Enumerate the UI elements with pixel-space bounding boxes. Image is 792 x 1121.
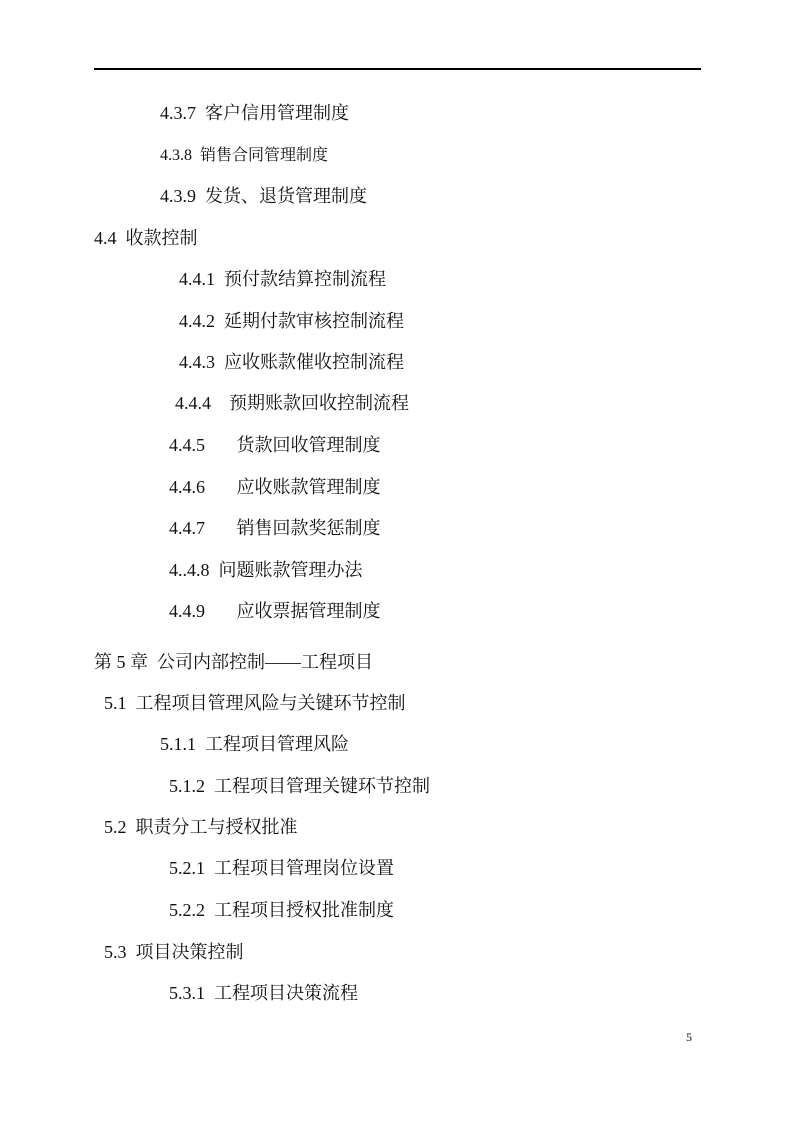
toc-entry-gap [117,228,126,248]
toc-entry-number: 5.3 [104,941,127,963]
toc-entry-title: 应收票据管理制度 [237,601,381,621]
toc-entry-number: 5.2 [104,816,127,838]
toc-entry-gap [215,311,224,331]
toc-entry-number: 4.4.9 [169,600,205,622]
header-rule [94,68,701,70]
toc-entry-title: 销售回款奖惩制度 [237,518,381,538]
toc-entry-title: 客户信用管理制度 [205,103,349,123]
toc-entry[interactable]: 5.2 职责分工与授权批准 [104,816,298,838]
toc-entry[interactable]: 5.2.1 工程项目管理岗位设置 [169,857,394,879]
toc-entry-number: 第 5 章 [94,651,148,673]
toc-entry-title: 公司内部控制——工程项目 [157,652,373,672]
toc-entry[interactable]: 4.4.4 预期账款回收控制流程 [175,392,409,414]
toc-entry-gap [215,352,224,372]
toc-entry-number: 4.4.4 [175,392,211,414]
toc-entry-title: 工程项目管理关键环节控制 [214,776,430,796]
toc-entry[interactable]: 4.3.8 销售合同管理制度 [160,145,328,167]
toc-entry[interactable]: 4.3.9 发货、退货管理制度 [160,185,367,207]
toc-entry-gap [205,983,214,1003]
toc-entry[interactable]: 4.3.7 客户信用管理制度 [160,102,349,124]
toc-entry-gap [205,435,237,455]
toc-entry-title: 应收账款催收控制流程 [224,352,404,372]
toc-entry-title: 延期付款审核控制流程 [224,311,404,331]
toc-entry-number: 4.4 [94,227,117,249]
toc-entry[interactable]: 4.4.5 货款回收管理制度 [169,434,381,456]
toc-entry[interactable]: 4..4.8 问题账款管理办法 [169,559,363,581]
toc-entry-title: 工程项目决策流程 [214,983,358,1003]
toc-entry[interactable]: 5.2.2 工程项目授权批准制度 [169,899,394,921]
toc-entry-gap [127,693,136,713]
toc-entry-title: 工程项目授权批准制度 [214,900,394,920]
toc-entry[interactable]: 4.4.3 应收账款催收控制流程 [179,351,404,373]
toc-entry-gap [127,817,136,837]
toc-entry-title: 职责分工与授权批准 [136,817,298,837]
toc-entry[interactable]: 4.4.7 销售回款奖惩制度 [169,517,381,539]
toc-entry[interactable]: 5.1 工程项目管理风险与关键环节控制 [104,692,406,714]
toc-entry-gap [127,942,136,962]
toc-entry-title: 收款控制 [126,228,198,248]
toc-entry-number: 4.3.9 [160,185,196,207]
toc-entry[interactable]: 4.4.6 应收账款管理制度 [169,476,381,498]
toc-entry-gap [148,652,157,672]
toc-entry-number: 5.3.1 [169,982,205,1004]
toc-entry-gap [196,103,205,123]
toc-entry-title: 工程项目管理岗位设置 [214,858,394,878]
toc-entry[interactable]: 4.4 收款控制 [94,227,198,249]
toc-entry-gap [211,393,229,413]
toc-entry-gap [215,269,224,289]
toc-entry-gap [210,560,219,580]
page-number: 5 [686,1030,692,1045]
toc-entry-title: 预期账款回收控制流程 [229,393,409,413]
toc-entry-number: 5.1.2 [169,775,205,797]
toc-entry[interactable]: 5.3.1 工程项目决策流程 [169,982,358,1004]
toc-entry-title: 工程项目管理风险 [205,734,349,754]
toc-entry-gap [205,776,214,796]
toc-entry-title: 问题账款管理办法 [219,560,363,580]
toc-entry-number: 4.4.1 [179,268,215,290]
toc-entry-number: 5.2.2 [169,899,205,921]
toc-entry-number: 5.1.1 [160,733,196,755]
toc-entry[interactable]: 5.1.1 工程项目管理风险 [160,733,349,755]
toc-entry-title: 项目决策控制 [136,942,244,962]
toc-entry-title: 工程项目管理风险与关键环节控制 [136,693,406,713]
toc-entry-gap [196,186,205,206]
toc-entry-number: 4.4.2 [179,310,215,332]
toc-entry-number: 4.4.6 [169,476,205,498]
toc-entry-number: 4.4.3 [179,351,215,373]
toc-entry-number: 4.3.7 [160,102,196,124]
toc-entry[interactable]: 4.4.1 预付款结算控制流程 [179,268,386,290]
toc-entry-number: 5.1 [104,692,127,714]
toc-entry-gap [205,477,237,497]
toc-entry-title: 发货、退货管理制度 [205,186,367,206]
toc-entry[interactable]: 5.3 项目决策控制 [104,941,244,963]
toc-entry-title: 应收账款管理制度 [237,477,381,497]
toc-entry[interactable]: 5.1.2 工程项目管理关键环节控制 [169,775,430,797]
toc-entry[interactable]: 4.4.9 应收票据管理制度 [169,600,381,622]
toc-entry-gap [192,147,200,164]
toc-entry-number: 4.4.5 [169,434,205,456]
toc-entry-gap [205,900,214,920]
toc-entry-title: 预付款结算控制流程 [224,269,386,289]
toc-entry-number: 4.4.7 [169,517,205,539]
toc-entry-title: 销售合同管理制度 [200,147,328,164]
toc-entry[interactable]: 4.4.2 延期付款审核控制流程 [179,310,404,332]
toc-entry[interactable]: 第 5 章 公司内部控制——工程项目 [94,651,373,673]
toc-entry-gap [196,734,205,754]
toc-entry-gap [205,518,237,538]
toc-entry-number: 5.2.1 [169,857,205,879]
toc-entry-number: 4.3.8 [160,145,192,167]
toc-entry-number: 4..4.8 [169,559,210,581]
toc-entry-gap [205,858,214,878]
toc-entry-title: 货款回收管理制度 [237,435,381,455]
toc-entry-gap [205,601,237,621]
